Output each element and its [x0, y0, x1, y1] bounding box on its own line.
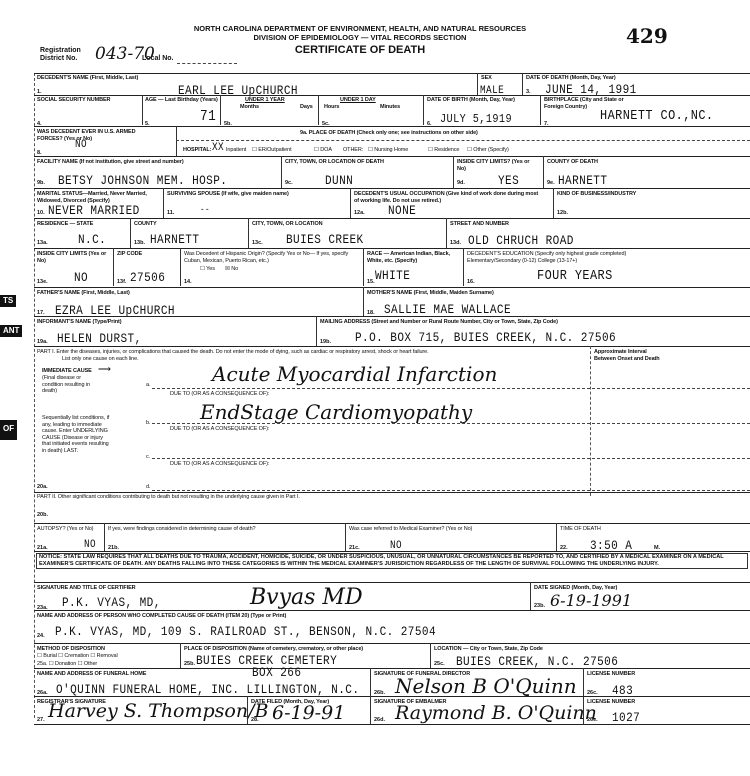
- mailing-address-value: P.O. BOX 715, BUIES CREEK, N.C. 27506: [355, 330, 616, 345]
- city-of-death-value: DUNN: [325, 173, 353, 188]
- surviving-spouse-value: --: [200, 205, 210, 215]
- option-nursing-home[interactable]: Nursing Home: [374, 147, 408, 153]
- registration-label: Registration: [40, 47, 81, 54]
- embalmer-signature: Raymond B. O'Quinn: [395, 702, 597, 724]
- legal-notice: NOTICE: STATE LAW REQUIRES THAT ALL DEAT…: [36, 553, 748, 569]
- inside-city-limits-res-value: NO: [74, 270, 88, 285]
- race-value: WHITE: [375, 268, 410, 283]
- funeral-home-line1: BOX 266: [252, 665, 301, 680]
- armed-forces-value: NO: [75, 139, 87, 151]
- mother-name-value: SALLIE MAE WALLACE: [384, 302, 511, 317]
- residence-city-value: BUIES CREEK: [286, 232, 364, 247]
- zip-value: 27506: [130, 270, 165, 285]
- county-of-death-value: HARNETT: [558, 173, 607, 188]
- option-inpatient[interactable]: Inpatient: [226, 147, 246, 154]
- date-of-birth-value: JULY 5,1919: [440, 112, 512, 126]
- birthplace-value: HARNETT CO.,NC.: [600, 108, 714, 124]
- decedent-name-label: DECEDENT'S NAME (First, Middle, Last): [37, 75, 138, 82]
- residence-state-value: N.C.: [78, 232, 106, 247]
- district-label: District No.: [40, 55, 77, 62]
- autopsy-value: NO: [84, 539, 96, 551]
- funeral-director-signature: Nelson B O'Quinn: [395, 674, 577, 698]
- inside-city-limits-death-value: YES: [498, 173, 519, 188]
- local-no-label: Local No.: [142, 55, 174, 62]
- date-filed-value: 6-19-91: [272, 702, 345, 724]
- disposition-cremation[interactable]: Cremation: [64, 653, 88, 659]
- hispanic-yes[interactable]: Yes: [206, 266, 215, 272]
- page-title: CERTIFICATE OF DEATH: [150, 44, 570, 56]
- residence-county-value: HARNETT: [150, 232, 199, 247]
- age-value: 71: [200, 108, 216, 125]
- department-heading: NORTH CAROLINA DEPARTMENT OF ENVIRONMENT…: [150, 24, 570, 33]
- hispanic-no[interactable]: No: [231, 266, 238, 272]
- side-tab-2: ANT: [0, 325, 22, 337]
- cause-a-value: Acute Myocardial Infarction: [212, 362, 497, 386]
- page-number: 429: [626, 24, 668, 48]
- division-heading: DIVISION OF EPIDEMIOLOGY — VITAL RECORDS…: [150, 33, 570, 42]
- completed-by-value: P.K. VYAS, MD, 109 S. RAILROAD ST., BENS…: [55, 624, 436, 639]
- option-doa[interactable]: DOA: [320, 147, 332, 153]
- date-signed-value: 6-19-1991: [550, 591, 632, 610]
- option-er[interactable]: ER/Outpatient: [258, 147, 291, 153]
- education-value: FOUR YEARS: [537, 268, 613, 284]
- side-tab-3: OF: [0, 420, 17, 440]
- residence-street-value: OLD CHRUCH ROAD: [468, 233, 574, 248]
- disposition-removal[interactable]: Removal: [97, 653, 118, 659]
- hospital-mark: XX: [212, 142, 224, 154]
- disposition-location-value: BUIES CREEK, N.C. 27506: [456, 654, 618, 669]
- certifier-signature: Bvyas MD: [250, 585, 363, 610]
- cause-b-value: EndStage Cardiomyopathy: [200, 400, 472, 424]
- disposition-other[interactable]: Other: [84, 661, 97, 667]
- certifier-value: P.K. VYAS, MD,: [62, 595, 161, 610]
- disposition-donation[interactable]: Donation: [55, 661, 76, 667]
- license-2-value: 1027: [612, 710, 640, 725]
- funeral-home-value: O'QUINN FUNERAL HOME, INC. LILLINGTON, N…: [56, 682, 359, 697]
- informant-value: HELEN DURST,: [57, 331, 142, 346]
- registrar-signature: Harvey S. Thompson/B: [48, 700, 268, 722]
- option-other[interactable]: Other (Specify): [473, 147, 508, 153]
- option-residence[interactable]: Residence: [434, 147, 459, 153]
- facility-name-value: BETSY JOHNSON MEM. HOSP.: [58, 173, 227, 188]
- side-tab-1: TS: [0, 295, 16, 307]
- disposition-burial[interactable]: Burial: [43, 653, 56, 659]
- occupation-value: NONE: [388, 203, 416, 218]
- marital-status-value: NEVER MARRIED: [48, 203, 140, 218]
